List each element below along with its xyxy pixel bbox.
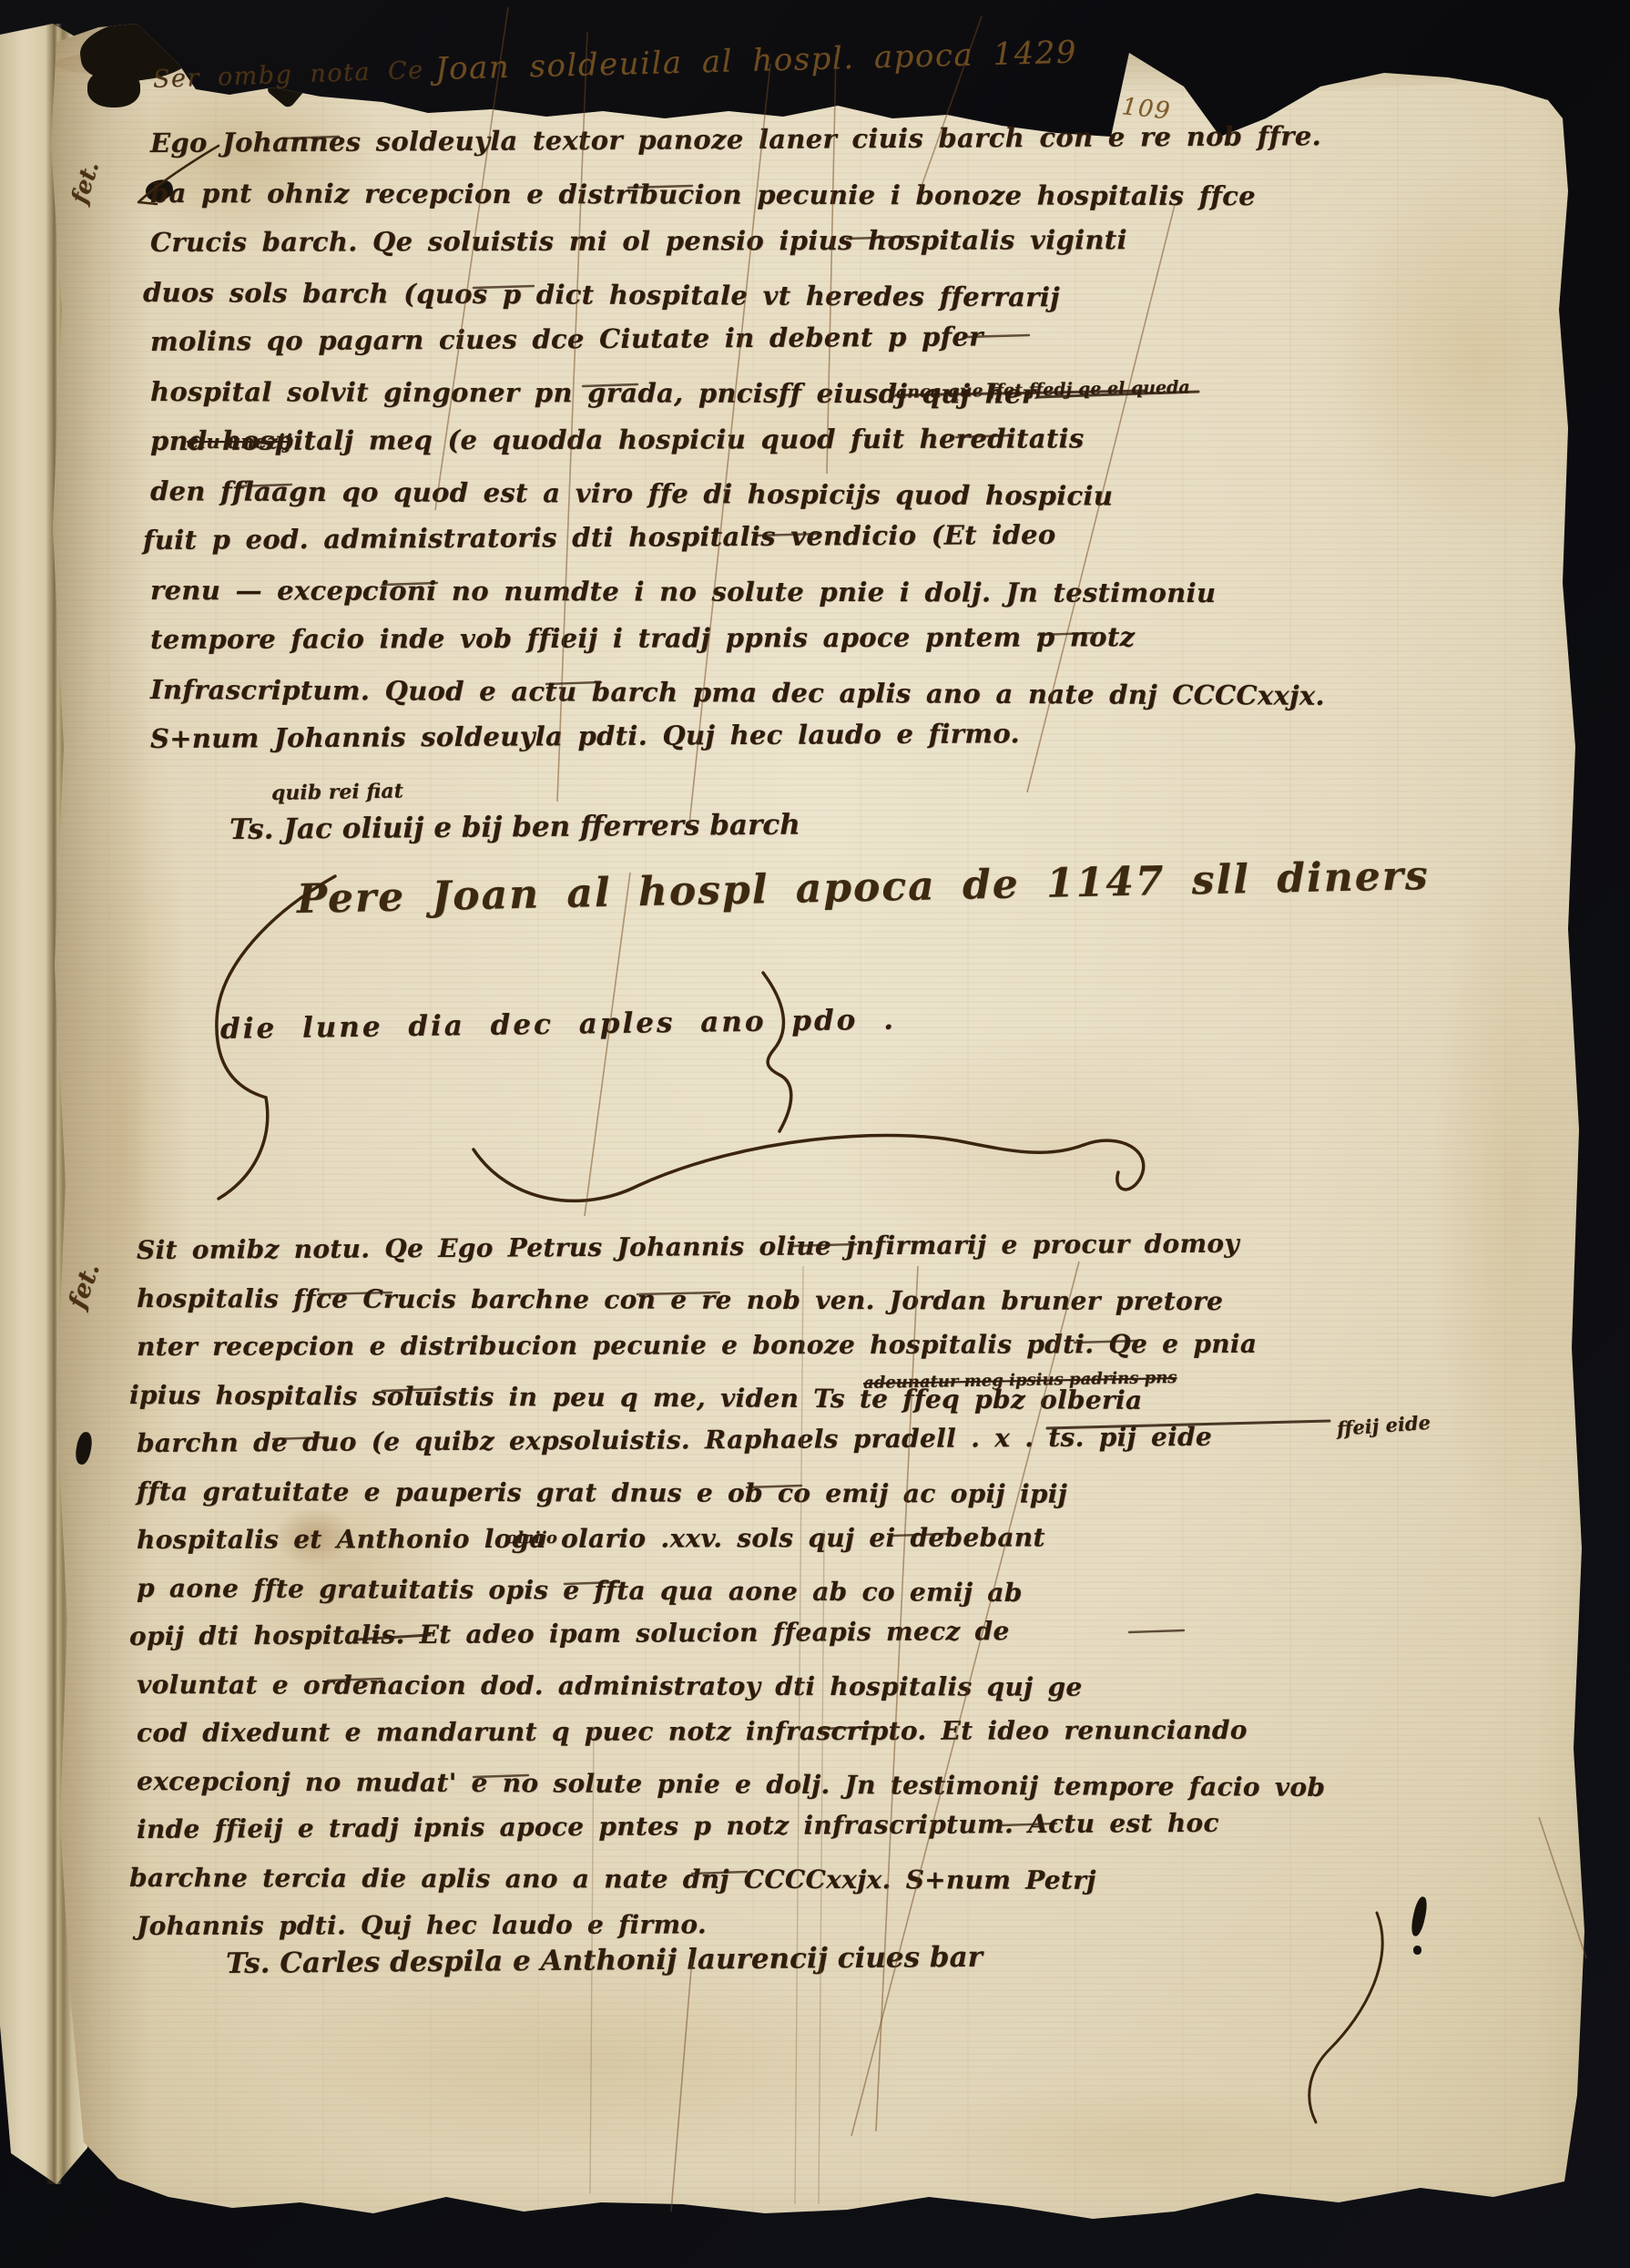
manuscript-line: Crucis barch. Qe soluistis mi ol pensio … — [150, 224, 1127, 258]
manuscript-line: hospitalis et Anthonio loga olario .xxv.… — [137, 1522, 1045, 1555]
manuscript-line: duos sols barch (quos p dict hospitale v… — [143, 277, 1060, 312]
archivist-left-note: Ser ombg nota Ce — [152, 56, 424, 94]
manuscript-line: opij dti hospitalis. Et adeo ipam soluci… — [129, 1616, 1010, 1651]
manuscript-line: ffta gratuitate e pauperis grat dnus e o… — [137, 1476, 1067, 1509]
manuscript-line: den fflaagn qo quod est a viro ffe di ho… — [150, 475, 1113, 512]
manuscript-line: cod dixedunt e mandarunt q puec notz inf… — [137, 1715, 1248, 1748]
manuscript-line: fuit p eod. administratoris dti hospital… — [143, 519, 1056, 556]
manuscript-line: voluntat e ordenacion dod. administratoy… — [137, 1670, 1083, 1702]
manuscript-line: Johannis pdti. Quj hec laudo e firmo. — [137, 1909, 707, 1941]
manuscript-line: Infrascriptum. Quod e actu barch pma dec… — [150, 674, 1325, 711]
manuscript-line: S+num Johannis soldeuyla pdti. Quj hec l… — [150, 718, 1020, 754]
entry1-struck-words: eiu unezij — [187, 430, 291, 453]
ink-blob — [1413, 1946, 1421, 1955]
manuscript-line: molins qo pagarn ciues dce Ciutate in de… — [150, 321, 983, 357]
entry2-interlinear-note: olaijo — [506, 1528, 557, 1548]
archivist-title: Joan soldeuila al hospl. apoca 1429 — [434, 35, 1077, 87]
manuscript-line: ba pnt ohniz recepcion e distribucion pe… — [150, 178, 1256, 211]
entry1-witness-line: Ts. Jac oliuij e bij ben fferrers barch — [229, 809, 800, 846]
manuscript-line: nter recepcion e distribucion pecunie e … — [137, 1329, 1257, 1362]
entry1-closing-note: quib rei fiat — [271, 779, 403, 805]
manuscript-line: hospitalis ffce Crucis barchne con e re … — [137, 1283, 1223, 1316]
manuscript-line: p aone ffte gratuitatis opis e ffta qua … — [137, 1573, 1023, 1608]
manuscript-line: excepcionj no mudat' e no solute pnie e … — [137, 1766, 1325, 1803]
ink-blob — [87, 69, 140, 107]
manuscript-line: barchne tercia die aplis ano a nate dnj … — [129, 1863, 1096, 1895]
manuscript-scan: Ser ombg nota Ce Joan soldeuila al hospl… — [0, 0, 1630, 2268]
manuscript-line: tempore facio inde vob ffieij i tradj pp… — [150, 621, 1135, 655]
manuscript-line: renu — excepcioni no numdte i no solute … — [150, 575, 1216, 608]
entry2-witness-line: Ts. Carles despila e Anthonij laurencij … — [226, 1941, 983, 1980]
gutter-crease — [46, 24, 62, 2184]
ink-blob — [160, 26, 209, 53]
